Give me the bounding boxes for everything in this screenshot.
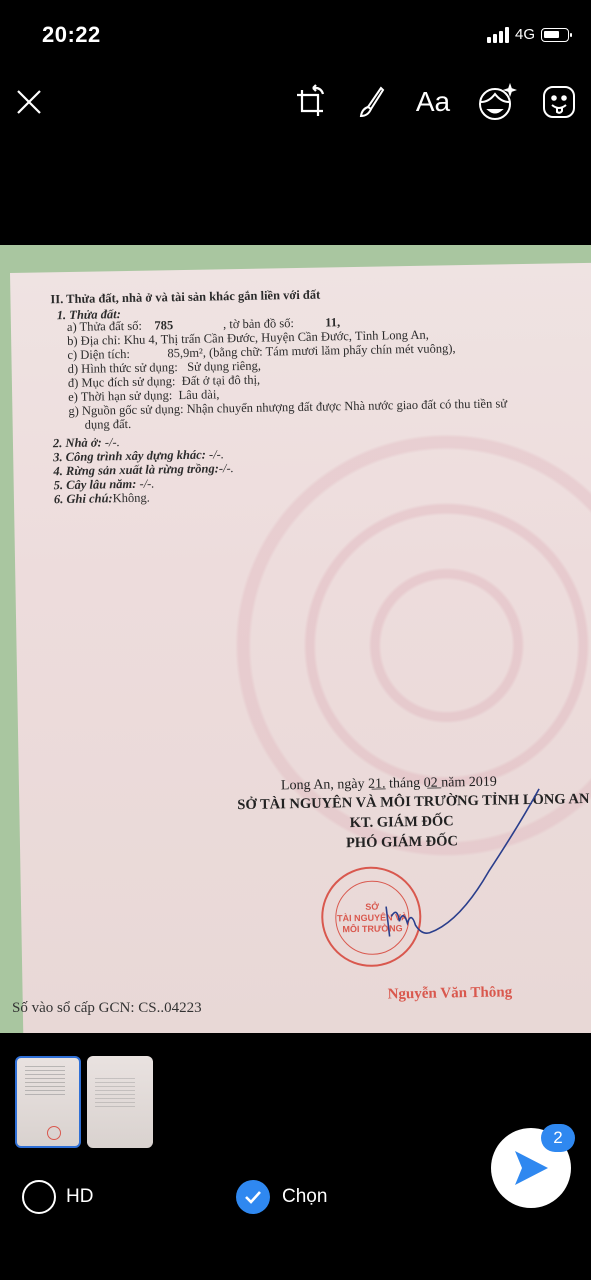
select-toggle[interactable]: Chọn <box>236 1180 327 1214</box>
sticker-button[interactable] <box>538 81 580 123</box>
face-filter-button[interactable] <box>476 81 518 123</box>
status-time: 20:22 <box>42 22 101 48</box>
land-certificate-page: II. Thửa đất, nhà ở và tài sản khác gắn … <box>10 263 591 1033</box>
hd-label: HD <box>66 1186 93 1208</box>
brush-icon <box>356 85 386 119</box>
close-button[interactable] <box>8 81 50 123</box>
thumbnail-1[interactable] <box>15 1056 81 1148</box>
crop-button[interactable] <box>290 81 332 123</box>
draw-button[interactable] <box>350 81 392 123</box>
checkmark-icon[interactable] <box>236 1180 270 1214</box>
crop-rotate-icon <box>293 84 329 120</box>
close-icon <box>15 88 43 116</box>
face-filter-icon <box>477 82 517 122</box>
item-note: 6. Ghi chú:Không. <box>54 491 150 508</box>
signature <box>369 783 572 946</box>
hd-toggle[interactable]: HD <box>22 1180 93 1214</box>
sticker-icon <box>541 84 577 120</box>
select-label: Chọn <box>282 1186 327 1208</box>
section-title: II. Thửa đất, nhà ở và tài sản khác gắn … <box>50 288 320 307</box>
photo-preview[interactable]: II. Thửa đất, nhà ở và tài sản khác gắn … <box>0 245 591 1033</box>
send-count-badge: 2 <box>541 1124 575 1152</box>
status-bar: 20:22 4G <box>0 0 591 70</box>
doc-line-g-cont: dụng đất. <box>85 417 132 433</box>
thumbnail-strip <box>15 1056 153 1148</box>
signer-name: Nguyễn Văn Thông <box>388 984 513 1003</box>
text-button[interactable]: Aa <box>412 81 454 123</box>
editor-toolbar: Aa <box>0 75 591 130</box>
battery-icon <box>541 28 569 42</box>
send-icon <box>510 1147 552 1189</box>
gcn-number: Số vào sổ cấp GCN: CS..04223 <box>12 1000 202 1017</box>
hd-radio-icon[interactable] <box>22 1180 56 1214</box>
signal-icon <box>487 27 509 43</box>
thumbnail-2[interactable] <box>87 1056 153 1148</box>
status-indicators: 4G <box>487 26 569 43</box>
network-type: 4G <box>515 26 535 43</box>
